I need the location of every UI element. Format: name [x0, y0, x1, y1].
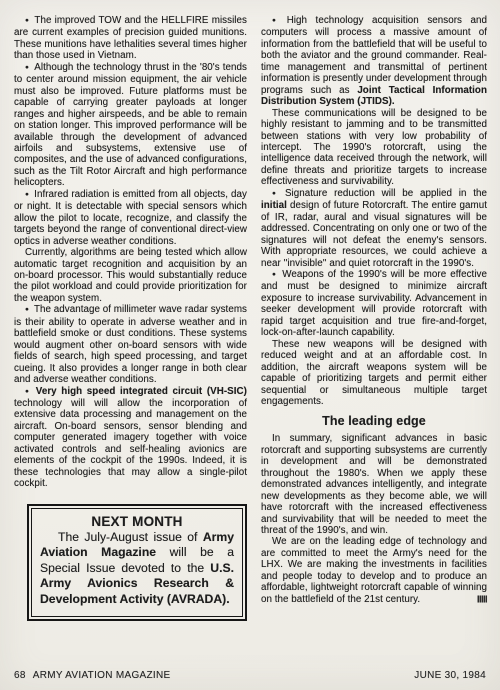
section-heading: The leading edge — [261, 414, 487, 428]
text-segment: Currently, algorithms are being tested w… — [14, 247, 247, 304]
paragraph: ●Signature reduction will be applied in … — [261, 188, 487, 269]
left-column: ●The improved TOW and the HELLFIRE missi… — [14, 15, 247, 621]
text-segment: Infrared radiation is emitted from all o… — [14, 189, 247, 247]
text-segment: These communications will be designed to… — [261, 108, 487, 188]
bullet-icon: ● — [25, 306, 29, 313]
next-month-body: The July-August issue of Army Aviation M… — [40, 530, 234, 608]
paragraph: ●Weapons of the 1990's will be more effe… — [261, 269, 487, 339]
bullet-icon: ● — [25, 64, 29, 71]
text-segment: Weapons of the 1990's will be more effec… — [261, 269, 487, 338]
bullet-icon: ● — [272, 17, 282, 24]
next-month-title: NEXT MONTH — [40, 514, 234, 529]
footer-left: 68ARMY AVIATION MAGAZINE — [14, 670, 170, 681]
paragraph: ●The advantage of millimeter wave radar … — [14, 304, 247, 385]
paragraph: These communications will be designed to… — [261, 108, 487, 188]
right-column: ●High technology acquisition sensors and… — [261, 15, 487, 621]
paragraph: ●Although the technology thrust in the '… — [14, 62, 247, 189]
paragraph: ●Infrared radiation is emitted from all … — [14, 189, 247, 247]
next-month-box-inner: NEXT MONTH The July-August issue of Army… — [31, 508, 243, 617]
issue-date: JUNE 30, 1984 — [414, 670, 486, 681]
paragraph: ●The improved TOW and the HELLFIRE missi… — [14, 15, 247, 62]
paragraph: We are on the leading edge of technology… — [261, 536, 487, 605]
bullet-icon: ● — [25, 191, 29, 198]
paragraph: These new weapons will be designed with … — [261, 339, 487, 408]
text-segment: design of future Rotorcraft. The entire … — [261, 200, 487, 268]
text-segment: technology will will allow the incorpora… — [14, 398, 247, 489]
text-segment: The July-August issue of — [58, 530, 203, 544]
paragraph: ●High technology acquisition sensors and… — [261, 15, 487, 108]
bullet-icon: ● — [272, 271, 277, 278]
text-segment: initial — [261, 200, 287, 211]
article-end-mark: IIIII — [466, 593, 487, 606]
bullet-icon: ● — [25, 388, 31, 395]
text-segment: The advantage of millimeter wave radar s… — [14, 304, 247, 385]
article-body: ●The improved TOW and the HELLFIRE missi… — [0, 0, 500, 621]
magazine-page: ●The improved TOW and the HELLFIRE missi… — [0, 0, 500, 690]
magazine-name: ARMY AVIATION MAGAZINE — [33, 670, 171, 681]
next-month-box: NEXT MONTH The July-August issue of Army… — [27, 504, 247, 621]
text-segment: Signature reduction will be applied in t… — [285, 188, 487, 199]
paragraph: Currently, algorithms are being tested w… — [14, 247, 247, 304]
text-segment: These new weapons will be designed with … — [261, 339, 487, 407]
paragraph: In summary, significant advances in basi… — [261, 433, 487, 536]
bullet-icon: ● — [25, 17, 29, 24]
text-segment: High technology acquisition sensors and … — [261, 15, 487, 96]
page-number: 68 — [14, 670, 26, 681]
page-footer: 68ARMY AVIATION MAGAZINE JUNE 30, 1984 — [14, 670, 486, 681]
text-segment: The improved TOW and the HELLFIRE missil… — [14, 15, 247, 61]
bullet-icon: ● — [272, 190, 280, 197]
text-segment: We are on the leading edge of technology… — [261, 536, 487, 604]
text-segment: In summary, significant advances in basi… — [261, 433, 487, 536]
paragraph: ●Very high speed integrated circuit (VH-… — [14, 386, 247, 490]
text-segment: Very high speed integrated circuit (VH-S… — [36, 386, 247, 397]
text-segment: Although the technology thrust in the '8… — [14, 62, 247, 189]
